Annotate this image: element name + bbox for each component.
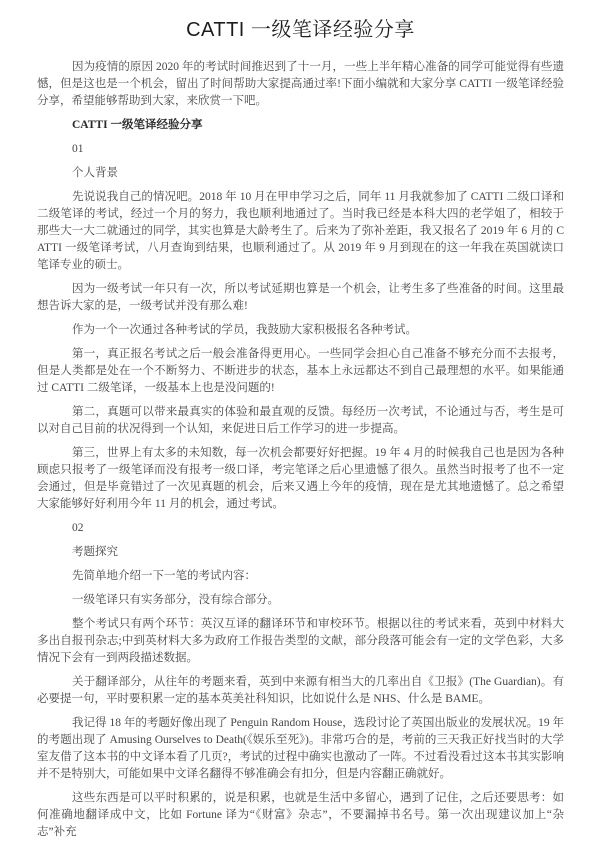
article-section-heading: CATTI 一级笔译经验分享	[37, 117, 564, 134]
section-02-paragraph-3: 整个考试只有两个环节：英汉互译的翻译环节和审校环节。根据以往的考试来看，英到中材…	[37, 616, 564, 667]
page-title: CATTI 一级笔译经验分享	[37, 13, 564, 42]
section-01-number: 01	[37, 141, 564, 158]
section-02-paragraph-1: 先简单地介绍一下一笔的考试内容：	[37, 568, 564, 585]
section-02-paragraph-5: 我记得 18 年的考题好像出现了 Penguin Random House，选段…	[37, 715, 564, 783]
section-02-paragraph-2: 一级笔译只有实务部分，没有综合部分。	[37, 592, 564, 609]
section-02-paragraph-6: 这些东西是可以平时积累的，说是积累，也就是生活中多留心，遇到了记住，之后还要思考…	[37, 790, 564, 841]
section-02-paragraph-4: 关于翻译部分，从往年的考题来看，英到中来源有相当大的几率出自《卫报》(The G…	[37, 674, 564, 708]
section-01-paragraph-3: 作为一个一次通过各种考试的学员，我鼓励大家积极报名各种考试。	[37, 322, 564, 339]
section-01-paragraph-4: 第一，真正报名考试之后一般会准备得更用心。一些同学会担心自己准备不够充分而不去报…	[37, 346, 564, 397]
document-page: CATTI 一级笔译经验分享 因为疫情的原因 2020 年的考试时间推迟到了十一…	[0, 0, 600, 849]
section-01-paragraph-2: 因为一级考试一年只有一次，所以考试延期也算是一个机会，让考生多了些准备的时间。这…	[37, 281, 564, 315]
section-02-number: 02	[37, 520, 564, 537]
section-01-paragraph-5: 第二，真题可以带来最真实的体验和最直观的反馈。每经历一次考试，不论通过与否，考生…	[37, 404, 564, 438]
section-01-paragraph-1: 先说说我自己的情况吧。2018 年 10 月在甲申学习之后，同年 11 月我就参…	[37, 189, 564, 274]
section-01-subtitle: 个人背景	[37, 165, 564, 182]
document-viewport: { "document": { "title": "CATTI 一级笔译经验分享…	[0, 0, 600, 849]
intro-paragraph: 因为疫情的原因 2020 年的考试时间推迟到了十一月，一些上半年精心准备的同学可…	[37, 59, 564, 110]
section-01-paragraph-6: 第三，世界上有太多的未知数，每一次机会都要好好把握。19 年 4 月的时候我自己…	[37, 445, 564, 513]
section-02-subtitle: 考题探究	[37, 544, 564, 561]
